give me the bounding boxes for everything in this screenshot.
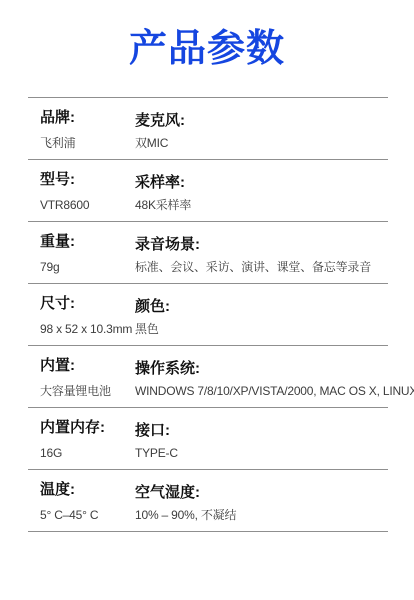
- spec-value: TYPE-C: [135, 446, 388, 460]
- spec-value: 标准、会议、采访、演讲、课堂、备忘等录音: [135, 260, 388, 274]
- spec-label: 型号:: [40, 172, 135, 189]
- spec-value: 79g: [40, 260, 135, 274]
- spec-cell-temperature: 温度: 5° C–45° C: [28, 470, 135, 531]
- page-header: 产品参数: [0, 0, 414, 97]
- spec-value: 飞利浦: [40, 136, 135, 150]
- spec-cell-model: 型号: VTR8600: [28, 160, 135, 221]
- spec-cell-recording-scenes: 录音场景: 标准、会议、采访、演讲、课堂、备忘等录音: [135, 222, 388, 283]
- spec-cell-color: 颜色: 黑色: [135, 284, 388, 345]
- spec-value: VTR8600: [40, 198, 135, 212]
- spec-value: 黑色: [135, 322, 388, 336]
- spec-row-temperature-humidity: 温度: 5° C–45° C 空气湿度: 10% – 90%, 不凝结: [28, 469, 388, 531]
- spec-cell-brand: 品牌: 飞利浦: [28, 98, 135, 159]
- spec-label: 品牌:: [40, 110, 135, 127]
- spec-cell-interface: 接口: TYPE-C: [135, 408, 388, 469]
- spec-label: 温度:: [40, 482, 135, 499]
- spec-label: 颜色:: [135, 299, 388, 316]
- spec-label: 录音场景:: [135, 237, 388, 254]
- spec-label: 内置内存:: [40, 420, 135, 437]
- spec-row-battery-os: 内置: 大容量锂电池 操作系统: WINDOWS 7/8/10/XP/VISTA…: [28, 345, 388, 407]
- spec-label: 尺寸:: [40, 296, 135, 313]
- spec-value: 双MIC: [135, 136, 388, 150]
- spec-label: 操作系统:: [135, 361, 414, 378]
- spec-cell-operating-system: 操作系统: WINDOWS 7/8/10/XP/VISTA/2000, MAC …: [135, 346, 414, 407]
- spec-label: 采样率:: [135, 175, 388, 192]
- spec-label: 麦克风:: [135, 113, 388, 130]
- spec-cell-builtin-battery: 内置: 大容量锂电池: [28, 346, 135, 407]
- spec-cell-microphone: 麦克风: 双MIC: [135, 98, 388, 159]
- spec-cell-samplerate: 采样率: 48K采样率: [135, 160, 388, 221]
- spec-value: 16G: [40, 446, 135, 460]
- spec-row-size-color: 尺寸: 98 x 52 x 10.3mm 颜色: 黑色: [28, 283, 388, 345]
- spec-table: 品牌: 飞利浦 麦克风: 双MIC 型号: VTR8600 采样率: 48K采样…: [28, 97, 388, 532]
- spec-value: 大容量锂电池: [40, 384, 135, 398]
- spec-label: 内置:: [40, 358, 135, 375]
- spec-value: 48K采样率: [135, 198, 388, 212]
- spec-label: 重量:: [40, 234, 135, 251]
- spec-value: 5° C–45° C: [40, 508, 135, 522]
- spec-label: 空气湿度:: [135, 485, 388, 502]
- product-spec-page: 产品参数 品牌: 飞利浦 麦克风: 双MIC 型号: VTR8600 采样率: …: [0, 0, 414, 600]
- spec-row-brand-mic: 品牌: 飞利浦 麦克风: 双MIC: [28, 97, 388, 159]
- spec-cell-weight: 重量: 79g: [28, 222, 135, 283]
- spec-row-memory-port: 内置内存: 16G 接口: TYPE-C: [28, 407, 388, 469]
- spec-cell-air-humidity: 空气湿度: 10% – 90%, 不凝结: [135, 470, 388, 531]
- spec-value: 10% – 90%, 不凝结: [135, 508, 388, 522]
- spec-cell-internal-memory: 内置内存: 16G: [28, 408, 135, 469]
- spec-row-weight-scenes: 重量: 79g 录音场景: 标准、会议、采访、演讲、课堂、备忘等录音: [28, 221, 388, 283]
- spec-value: 98 x 52 x 10.3mm: [40, 322, 135, 336]
- spec-label: 接口:: [135, 423, 388, 440]
- spec-row-model-samplerate: 型号: VTR8600 采样率: 48K采样率: [28, 159, 388, 221]
- page-title: 产品参数: [129, 30, 285, 68]
- spec-cell-dimensions: 尺寸: 98 x 52 x 10.3mm: [28, 284, 135, 345]
- spec-value: WINDOWS 7/8/10/XP/VISTA/2000, MAC OS X, …: [135, 384, 414, 398]
